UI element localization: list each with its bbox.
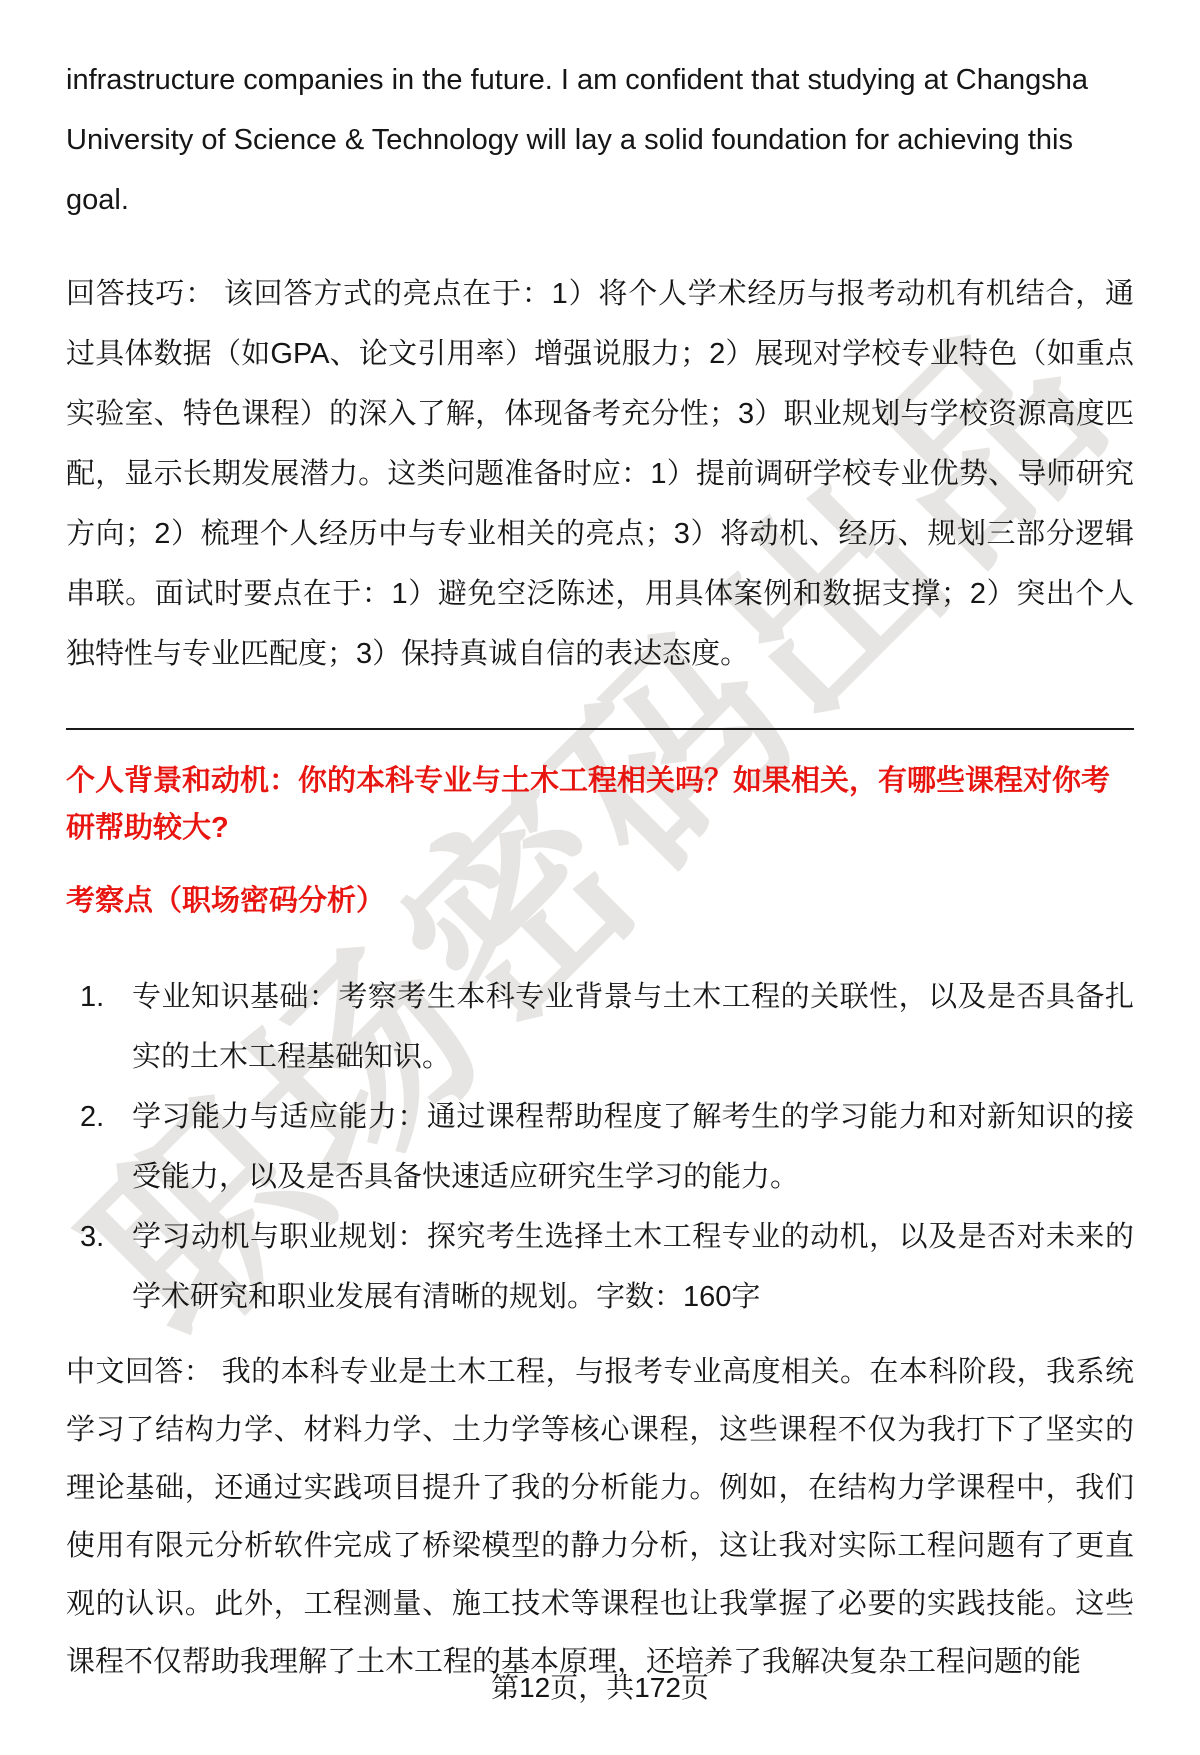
- list-item: 3. 学习动机与职业规划：探究考生选择土木工程专业的动机，以及是否对未来的学术研…: [80, 1207, 1134, 1327]
- question-heading: 个人背景和动机：你的本科专业与土木工程相关吗？如果相关，有哪些课程对你考研帮助较…: [66, 758, 1134, 852]
- chinese-answer-paragraph: 中文回答： 我的本科专业是土木工程，与报考专业高度相关。在本科阶段，我系统学习了…: [66, 1343, 1134, 1691]
- list-item-number: 2.: [80, 1087, 132, 1207]
- page-number-footer: 第12页，共172页: [0, 1674, 1200, 1702]
- answer-tips-paragraph: 回答技巧： 该回答方式的亮点在于：1）将个人学术经历与报考动机有机结合，通过具体…: [66, 264, 1134, 684]
- list-item-text: 学习能力与适应能力：通过课程帮助程度了解考生的学习能力和对新知识的接受能力，以及…: [132, 1087, 1134, 1207]
- list-item-text: 学习动机与职业规划：探究考生选择土木工程专业的动机，以及是否对未来的学术研究和职…: [132, 1207, 1134, 1327]
- document-page: 职场密码出品 infrastructure companies in the f…: [0, 0, 1200, 1755]
- list-item: 2. 学习能力与适应能力：通过课程帮助程度了解考生的学习能力和对新知识的接受能力…: [80, 1087, 1134, 1207]
- section-divider: [66, 728, 1134, 730]
- exam-points-heading: 考察点（职场密码分析）: [66, 878, 1134, 925]
- list-item-text: 专业知识基础：考察考生本科专业背景与土木工程的关联性，以及是否具备扎实的土木工程…: [132, 967, 1134, 1087]
- page-content: infrastructure companies in the future. …: [0, 0, 1200, 1691]
- list-item: 1. 专业知识基础：考察考生本科专业背景与土木工程的关联性，以及是否具备扎实的土…: [80, 967, 1134, 1087]
- list-item-number: 3.: [80, 1207, 132, 1327]
- english-paragraph: infrastructure companies in the future. …: [66, 50, 1134, 230]
- list-item-number: 1.: [80, 967, 132, 1087]
- exam-points-list: 1. 专业知识基础：考察考生本科专业背景与土木工程的关联性，以及是否具备扎实的土…: [66, 967, 1134, 1327]
